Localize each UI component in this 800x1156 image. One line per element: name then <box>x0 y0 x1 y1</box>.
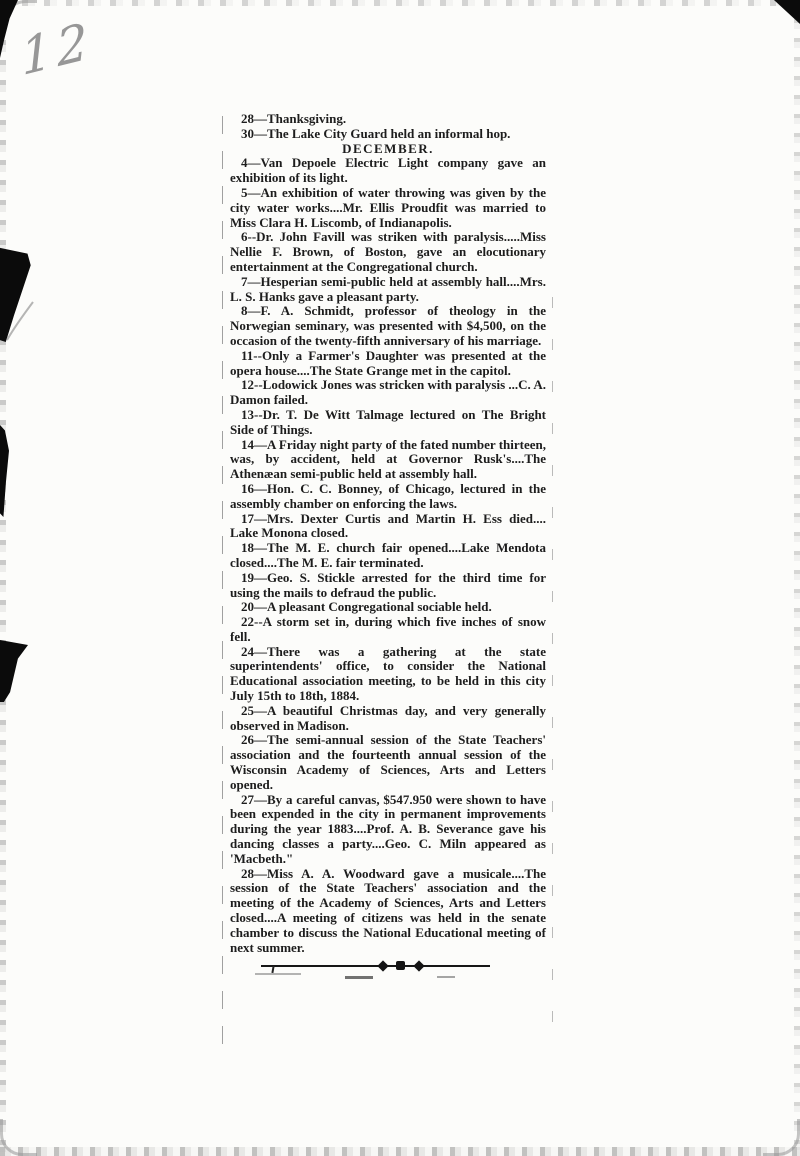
november-entries: 28—Thanksgiving.30—The Lake City Guard h… <box>230 112 546 142</box>
clipping-entry: 8—F. A. Schmidt, professor of theology i… <box>230 304 546 348</box>
clipping-entry: 12--Lodowick Jones was stricken with par… <box>230 378 546 408</box>
clipping-entry: 11--Only a Farmer's Daughter was present… <box>230 349 546 379</box>
scan-smudge <box>255 973 301 975</box>
heading-december: DECEMBER. <box>230 142 546 157</box>
clipping-entry: 24—There was a gathering at the state su… <box>230 645 546 704</box>
clipping-entry: 7—Hesperian semi-public held at assembly… <box>230 275 546 305</box>
square-ornament-icon <box>396 961 405 970</box>
clipping-entry: 25—A beautiful Christmas day, and very g… <box>230 704 546 734</box>
newspaper-clipping: 28—Thanksgiving.30—The Lake City Guard h… <box>222 112 556 983</box>
paper-corner-bottom-right <box>763 1119 800 1156</box>
paper-edge-right <box>794 0 800 1156</box>
clipping-entry: 28—Thanksgiving. <box>230 112 546 127</box>
clipping-entry: 22--A storm set in, during which five in… <box>230 615 546 645</box>
diamond-ornament-icon <box>377 961 388 972</box>
clipping-column: 28—Thanksgiving.30—The Lake City Guard h… <box>230 112 546 983</box>
paper-edge-top <box>0 0 800 6</box>
clipping-entry: 26—The semi-annual session of the State … <box>230 733 546 792</box>
clipping-entry: 6--Dr. John Favill was striken with para… <box>230 230 546 274</box>
scan-smudge <box>345 976 373 979</box>
scanned-scrapbook-page: 12 28—Thanksgiving.30—The Lake City Guar… <box>0 0 800 1156</box>
end-ornament-rule <box>261 961 490 983</box>
paper-edge-left <box>0 0 6 1156</box>
clipping-entry: 27—By a careful canvas, $547.950 were sh… <box>230 793 546 867</box>
clipping-entry: 4—Van Depoele Electric Light company gav… <box>230 156 546 186</box>
clipping-entry: 18—The M. E. church fair opened....Lake … <box>230 541 546 571</box>
ink-blob-middle-left <box>0 425 9 517</box>
pencil-mark <box>2 298 40 344</box>
paper-edge-bottom <box>0 1147 800 1156</box>
clipping-entry: 16—Hon. C. C. Bonney, of Chicago, lectur… <box>230 482 546 512</box>
ink-blob-lower-left <box>0 640 28 702</box>
clipping-entry: 30—The Lake City Guard held an informal … <box>230 127 546 142</box>
ornament-line <box>261 965 490 967</box>
clipping-entry: 28—Miss A. A. Woodward gave a musicale..… <box>230 867 546 956</box>
left-column-rule <box>222 116 223 1046</box>
clipping-entry: 14—A Friday night party of the fated num… <box>230 438 546 482</box>
december-entries: 4—Van Depoele Electric Light company gav… <box>230 156 546 955</box>
clipping-entry: 17—Mrs. Dexter Curtis and Martin H. Ess … <box>230 512 546 542</box>
scan-smudge <box>437 976 455 978</box>
clipping-entry: 5—An exhibition of water throwing was gi… <box>230 186 546 230</box>
clipping-entry: 19—Geo. S. Stickle arrested for the thir… <box>230 571 546 601</box>
clipping-entry: 20—A pleasant Congregational sociable he… <box>230 600 546 615</box>
corner-mark-top-right <box>774 0 800 24</box>
clipping-entry: 13--Dr. T. De Witt Talmage lectured on T… <box>230 408 546 438</box>
paper-corner-bottom-left <box>0 1119 37 1156</box>
right-column-rule <box>552 297 553 1052</box>
diamond-ornament-icon <box>413 961 424 972</box>
